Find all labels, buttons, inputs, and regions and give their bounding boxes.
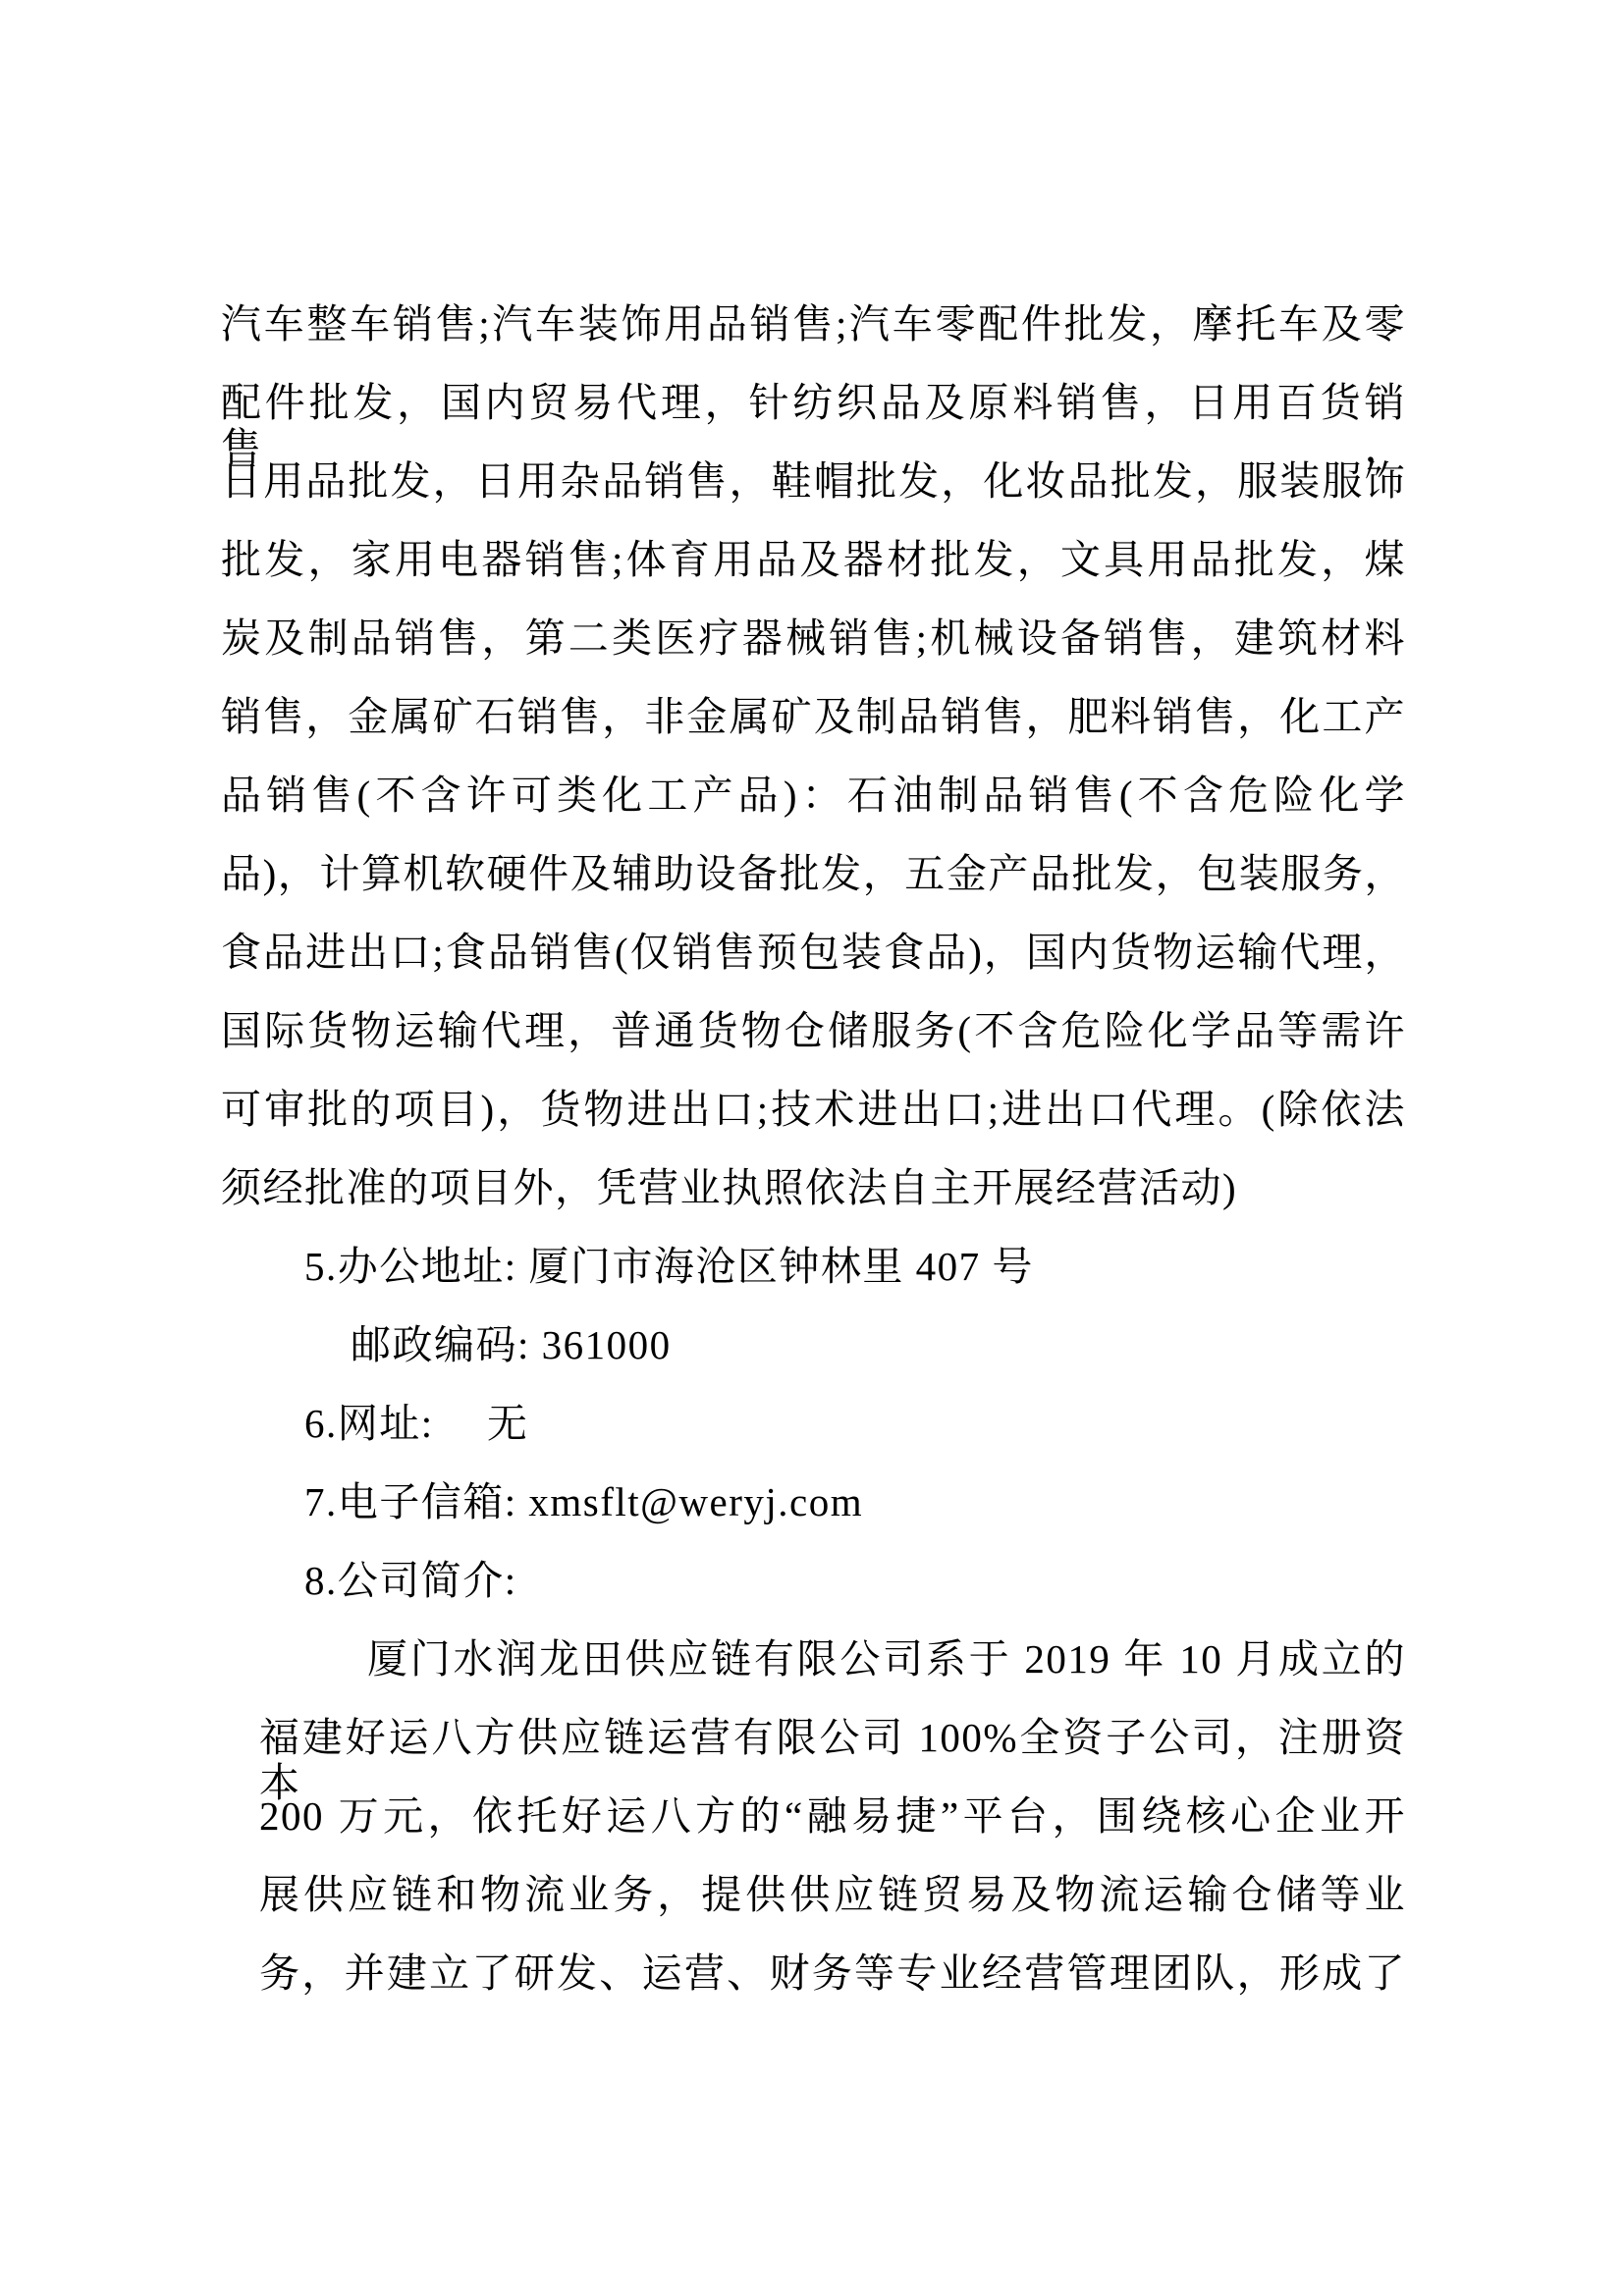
text-line: 可审批的项目)，货物进出口;技术进出口;进出口代理。(除依法 [221,1087,1406,1132]
text-line: 须经批准的项目外，凭营业执照依法自主开展经营活动) [221,1165,1237,1210]
text-line: 配件批发，国内贸易代理，针纺织品及原料销售，日用百货销售， [221,380,1406,425]
text-line: 炭及制品销售，第二类医疗器械销售;机械设备销售，建筑材料 [221,615,1406,661]
text-line: 务，并建立了研发、运营、财务等专业经营管理团队，形成了 [259,1950,1406,1996]
text-line: 食品进出口;食品销售(仅销售预包装食品)，国内货物运输代理， [221,930,1406,975]
text-line: 福建好运八方供应链运营有限公司 100%全资子公司，注册资本 [259,1715,1406,1760]
profile-heading: 8.公司简介: [304,1558,517,1603]
text-line: 厦门水润龙田供应链有限公司系于 2019 年 10 月成立的 [367,1636,1406,1682]
text-line: 展供应链和物流业务，提供供应链贸易及物流运输仓储等业 [259,1872,1406,1917]
text-line: 日用品批发，日用杂品销售，鞋帽批发，化妆品批发，服装服饰 [221,458,1406,504]
text-line: 国际货物运输代理，普通货物仓储服务(不含危险化学品等需许 [221,1008,1406,1053]
text-line: 销售，金属矿石销售，非金属矿及制品销售，肥料销售，化工产 [221,694,1406,739]
text-line: 批发，家用电器销售;体育用品及器材批发，文具用品批发，煤 [221,537,1406,582]
email-line: 7.电子信箱: xmsflt@weryj.com [304,1479,863,1524]
text-line: 200 万元，依托好运八方的“融易捷”平台，围绕核心企业开 [259,1793,1406,1839]
website-line: 6.网址: 无 [304,1401,528,1446]
text-line: 汽车整车销售;汽车装饰用品销售;汽车零配件批发，摩托车及零 [221,301,1406,347]
office-address-line: 5.办公地址: 厦门市海沧区钟林里 407 号 [304,1244,1034,1289]
text-line: 品)，计算机软硬件及辅助设备批发，五金产品批发，包装服务， [221,851,1406,896]
postal-code-line: 邮政编码: 361000 [351,1322,672,1367]
document-page: 汽车整车销售;汽车装饰用品销售;汽车零配件批发，摩托车及零 配件批发，国内贸易代… [0,0,1624,2296]
text-line: 品销售(不含许可类化工产品)：石油制品销售(不含危险化学 [221,773,1406,818]
